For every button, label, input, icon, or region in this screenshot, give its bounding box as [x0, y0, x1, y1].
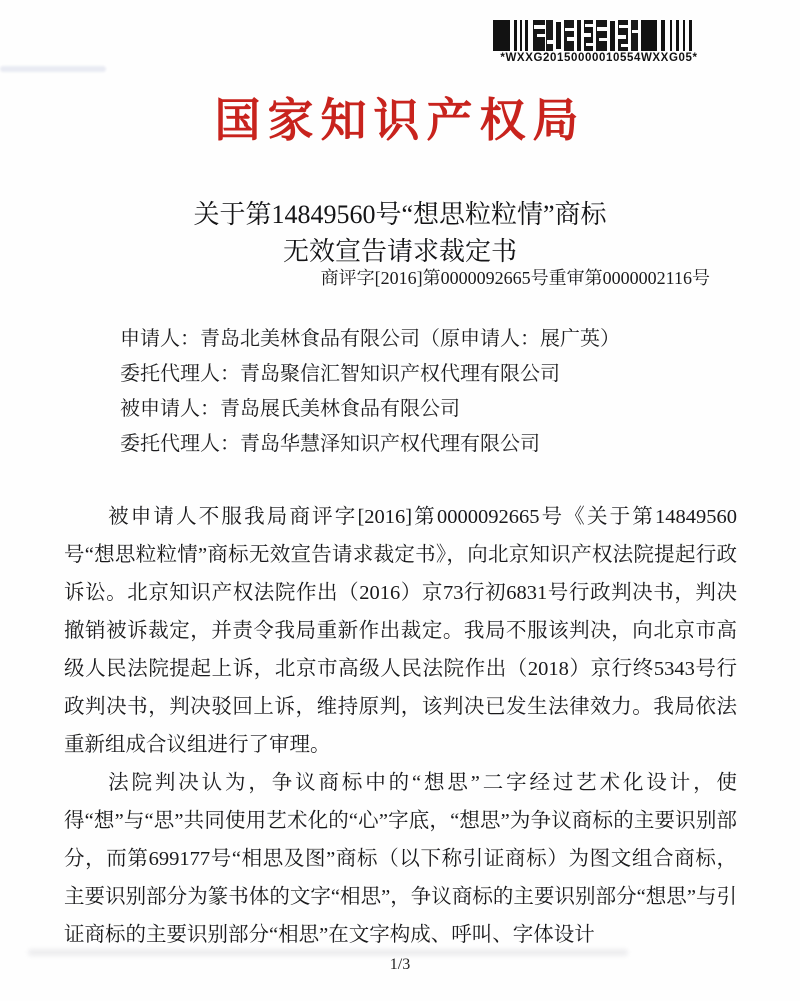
document-body: 被申请人不服我局商评字[2016]第0000092665号《关于第1484956…: [64, 498, 737, 954]
applicant-agent-line: 委托代理人：青岛聚信汇智知识产权代理有限公司: [120, 357, 730, 392]
applicant-line: 申请人：青岛北美林食品有限公司（原申请人：展广英）: [120, 322, 730, 357]
scanned-document-page: *WXXG20150000010554WXXG05* 国家知识产权局 关于第14…: [0, 0, 800, 1001]
barcode-bars-icon: [493, 20, 705, 51]
respondent-line: 被申请人：青岛展氏美林食品有限公司: [120, 392, 730, 427]
body-paragraph-1: 被申请人不服我局商评字[2016]第0000092665号《关于第1484956…: [64, 498, 737, 764]
document-title-line1: 关于第14849560号“想思粒粒情”商标: [0, 196, 800, 233]
respondent-agent-line: 委托代理人：青岛华慧泽知识产权代理有限公司: [120, 427, 730, 462]
page-number: 1/3: [0, 956, 800, 974]
agency-title: 国家知识产权局: [0, 84, 800, 150]
parties-section: 申请人：青岛北美林食品有限公司（原申请人：展广英） 委托代理人：青岛聚信汇智知识…: [120, 322, 730, 462]
body-paragraph-2: 法院判决认为，争议商标中的“想思”二字经过艺术化设计，使得“想”与“思”共同使用…: [64, 764, 737, 954]
document-title: 关于第14849560号“想思粒粒情”商标 无效宣告请求裁定书: [0, 196, 800, 270]
case-number: 商评字[2016]第0000092665号重审第0000002116号: [0, 264, 800, 290]
barcode-text: *WXXG20150000010554WXXG05*: [478, 52, 720, 64]
scan-artifact: [0, 66, 106, 72]
barcode: *WXXG20150000010554WXXG05*: [478, 20, 720, 64]
